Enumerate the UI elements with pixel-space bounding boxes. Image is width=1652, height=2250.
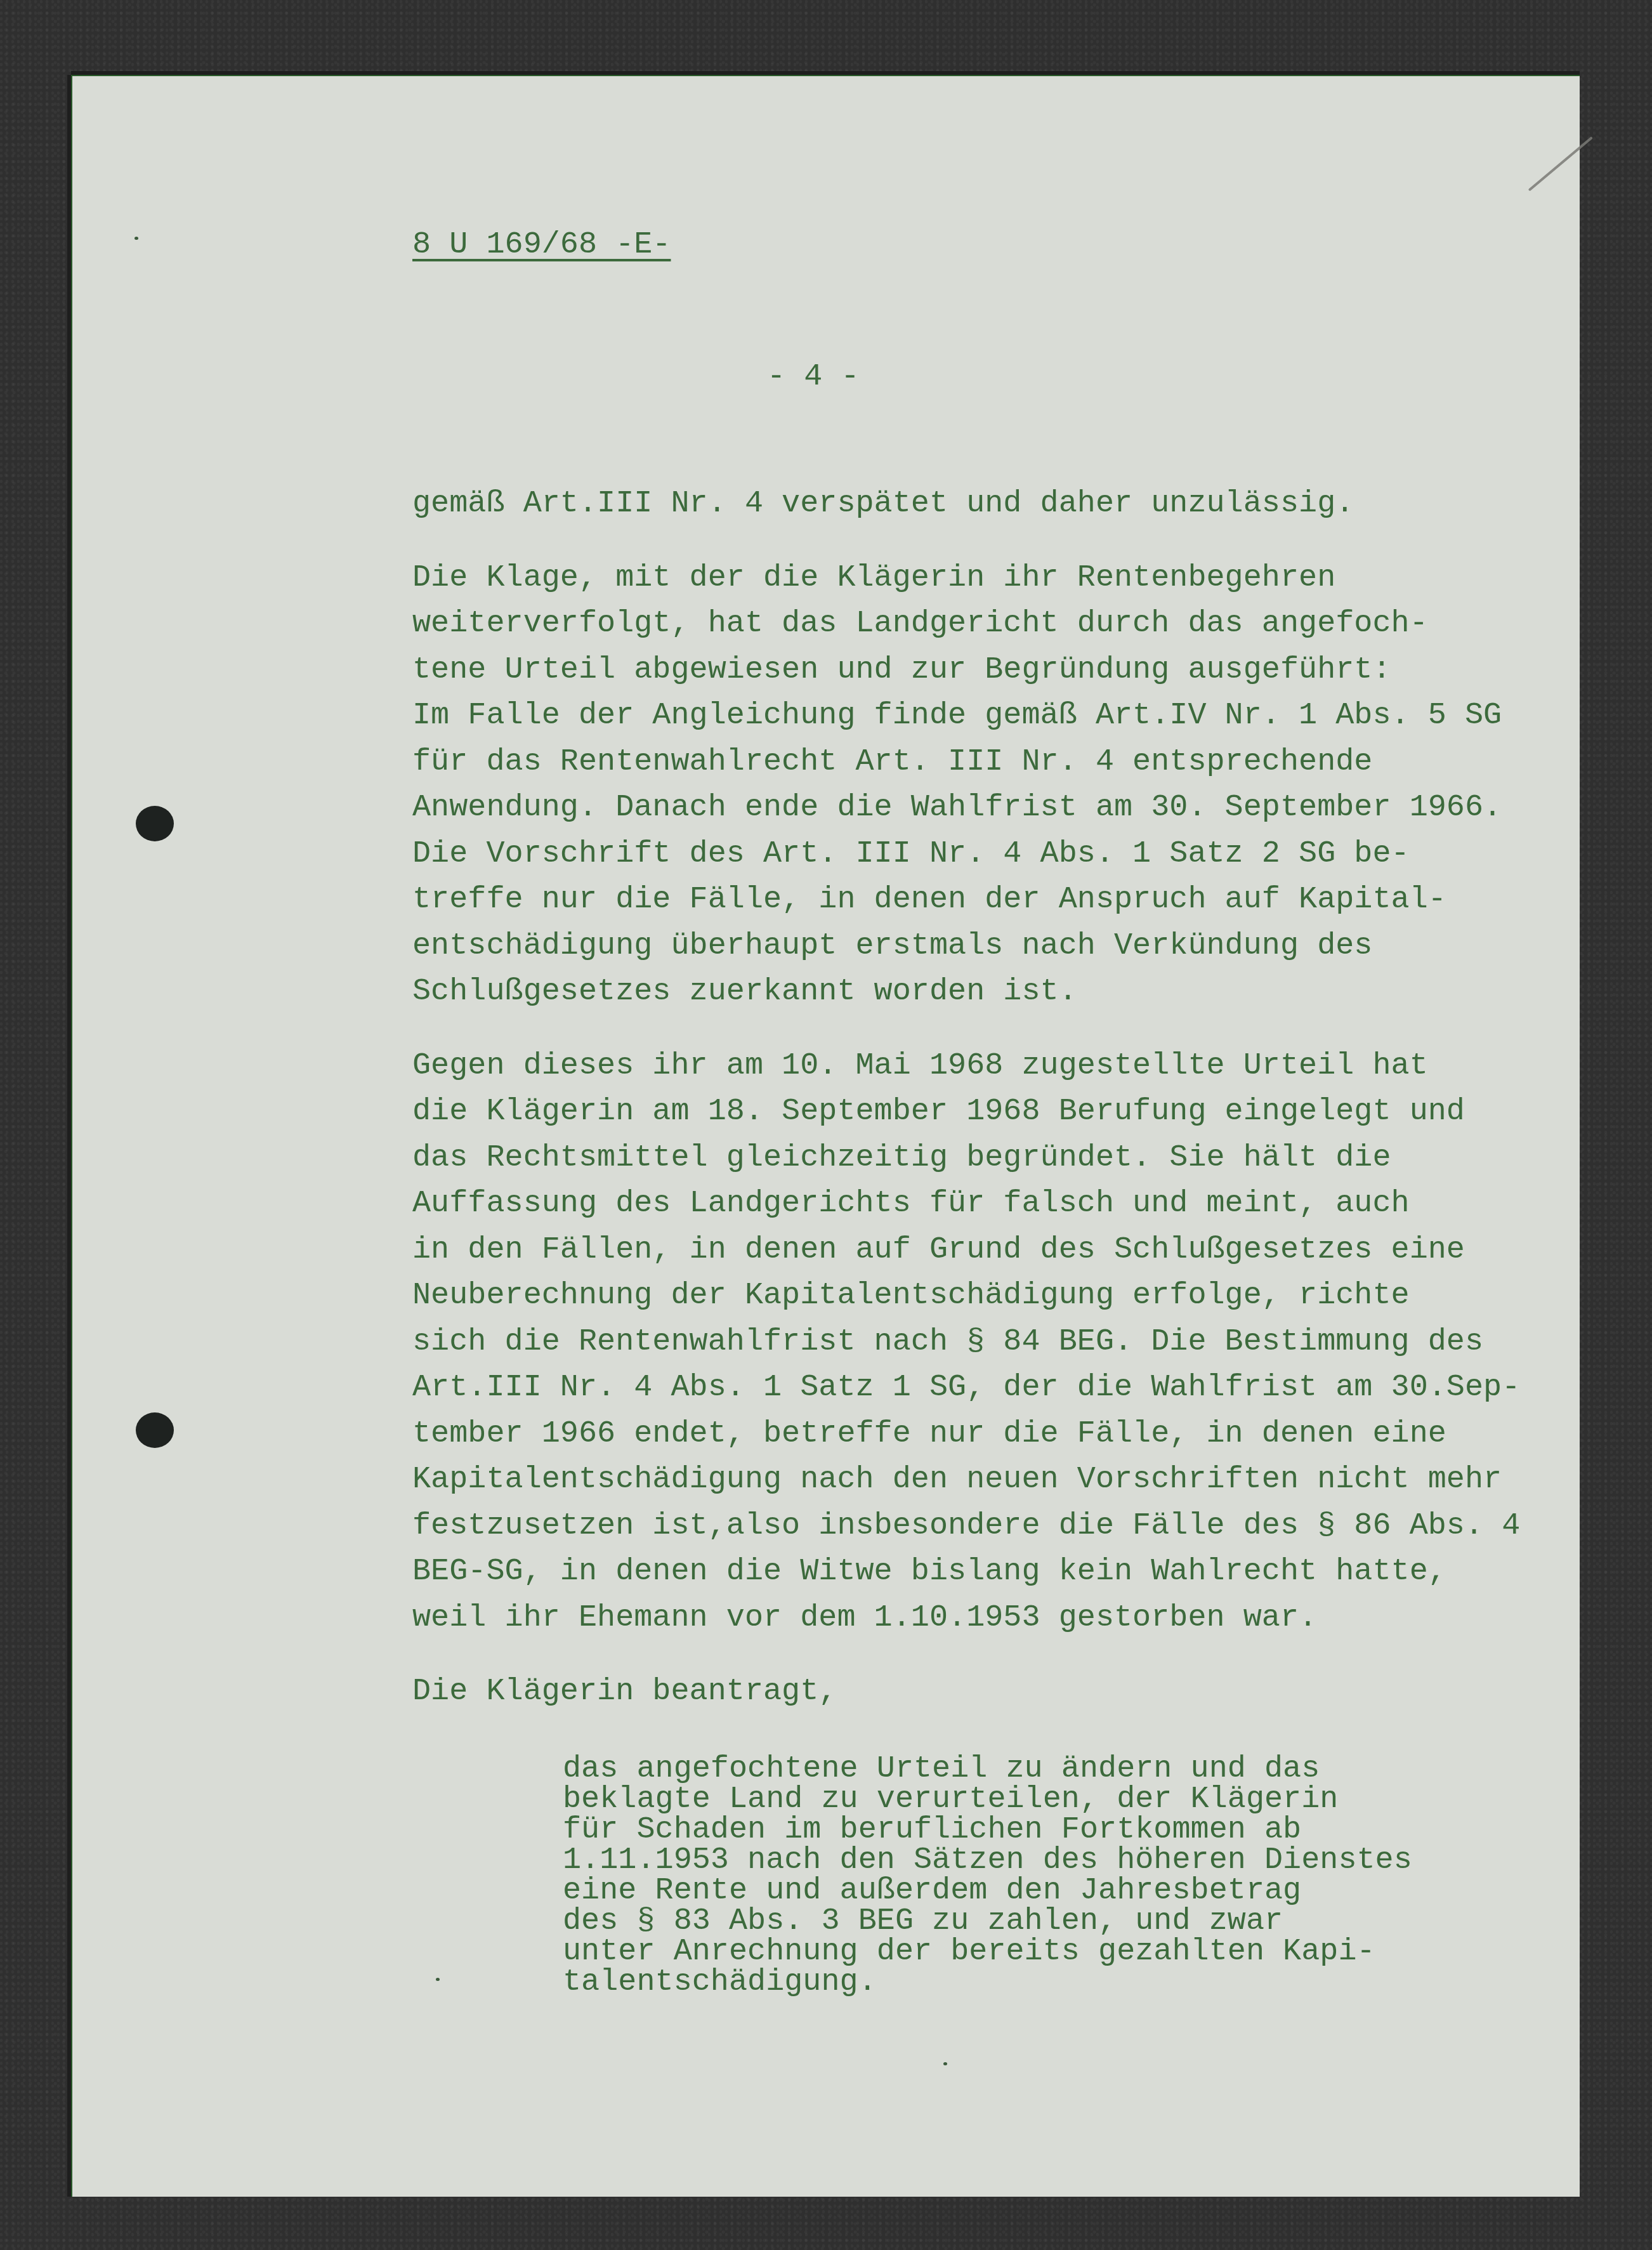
text-line: tember 1966 endet, betreffe nur die Fäll… — [412, 1419, 1446, 1450]
pencil-mark — [1528, 136, 1593, 192]
text-line: in den Fällen, in denen auf Grund des Sc… — [412, 1235, 1465, 1266]
motion-line: des § 83 Abs. 3 BEG zu zahlen, und zwar — [563, 1906, 1283, 1937]
text-line: weil ihr Ehemann vor dem 1.10.1953 gesto… — [412, 1603, 1317, 1634]
text-line: für das Rentenwahlrecht Art. III Nr. 4 e… — [412, 747, 1372, 778]
text-line: tene Urteil abgewiesen und zur Begründun… — [412, 655, 1391, 686]
text-line: BEG-SG, in denen die Witwe bislang kein … — [412, 1556, 1446, 1588]
text-line: Neuberechnung der Kapitalentschädigung e… — [412, 1280, 1410, 1312]
text-line: gemäß Art.III Nr. 4 verspätet und daher … — [412, 489, 1354, 520]
text-line: festzusetzen ist,also insbesondere die F… — [412, 1511, 1520, 1542]
ink-speck — [943, 2062, 947, 2065]
case-number: 8 U 169/68 -E- — [412, 230, 671, 261]
text-line: Die Vorschrift des Art. III Nr. 4 Abs. 1… — [412, 839, 1410, 870]
motion-line: unter Anrechnung der bereits gezahlten K… — [563, 1937, 1375, 1968]
text-line: Die Klage, mit der die Klägerin ihr Rent… — [412, 563, 1335, 594]
motion-line: talentschädigung. — [563, 1967, 877, 1998]
text-line: die Klägerin am 18. September 1968 Beruf… — [412, 1096, 1465, 1128]
punch-hole — [136, 1412, 174, 1448]
ink-speck — [134, 237, 138, 240]
text-line: Schlußgesetzes zuerkannt worden ist. — [412, 977, 1077, 1008]
motion-line: das angefochtene Urteil zu ändern und da… — [563, 1754, 1320, 1785]
text-line: weiterverfolgt, hat das Landgericht durc… — [412, 609, 1428, 640]
document-page: 8 U 169/68 -E- - 4 - gemäß Art.III Nr. 4… — [71, 75, 1580, 2197]
text-line: treffe nur die Fälle, in denen der Anspr… — [412, 885, 1446, 916]
page-number: - 4 - — [767, 362, 860, 393]
motion-line: 1.11.1953 nach den Sätzen des höheren Di… — [563, 1845, 1412, 1876]
text-line: Kapitalentschädigung nach den neuen Vors… — [412, 1464, 1502, 1496]
text-line: sich die Rentenwahlfrist nach § 84 BEG. … — [412, 1327, 1483, 1358]
motion-line: für Schaden im beruflichen Fortkommen ab — [563, 1815, 1301, 1846]
text-line: Art.III Nr. 4 Abs. 1 Satz 1 SG, der die … — [412, 1372, 1520, 1404]
text-line: Auffassung des Landgerichts für falsch u… — [412, 1188, 1410, 1220]
text-line: das Rechtsmittel gleichzeitig begründet.… — [412, 1143, 1391, 1174]
text-line: Im Falle der Angleichung finde gemäß Art… — [412, 701, 1502, 732]
punch-hole — [136, 806, 174, 841]
text-line: entschädigung überhaupt erstmals nach Ve… — [412, 931, 1372, 962]
motion-line: beklagte Land zu verurteilen, der Kläger… — [563, 1784, 1338, 1815]
text-line: Gegen dieses ihr am 10. Mai 1968 zugeste… — [412, 1051, 1428, 1082]
text-line: Die Klägerin beantragt, — [412, 1676, 837, 1707]
motion-line: eine Rente und außerdem den Jahresbetrag — [563, 1876, 1301, 1907]
text-line: Anwendung. Danach ende die Wahlfrist am … — [412, 793, 1502, 824]
ink-speck — [436, 1978, 440, 1981]
